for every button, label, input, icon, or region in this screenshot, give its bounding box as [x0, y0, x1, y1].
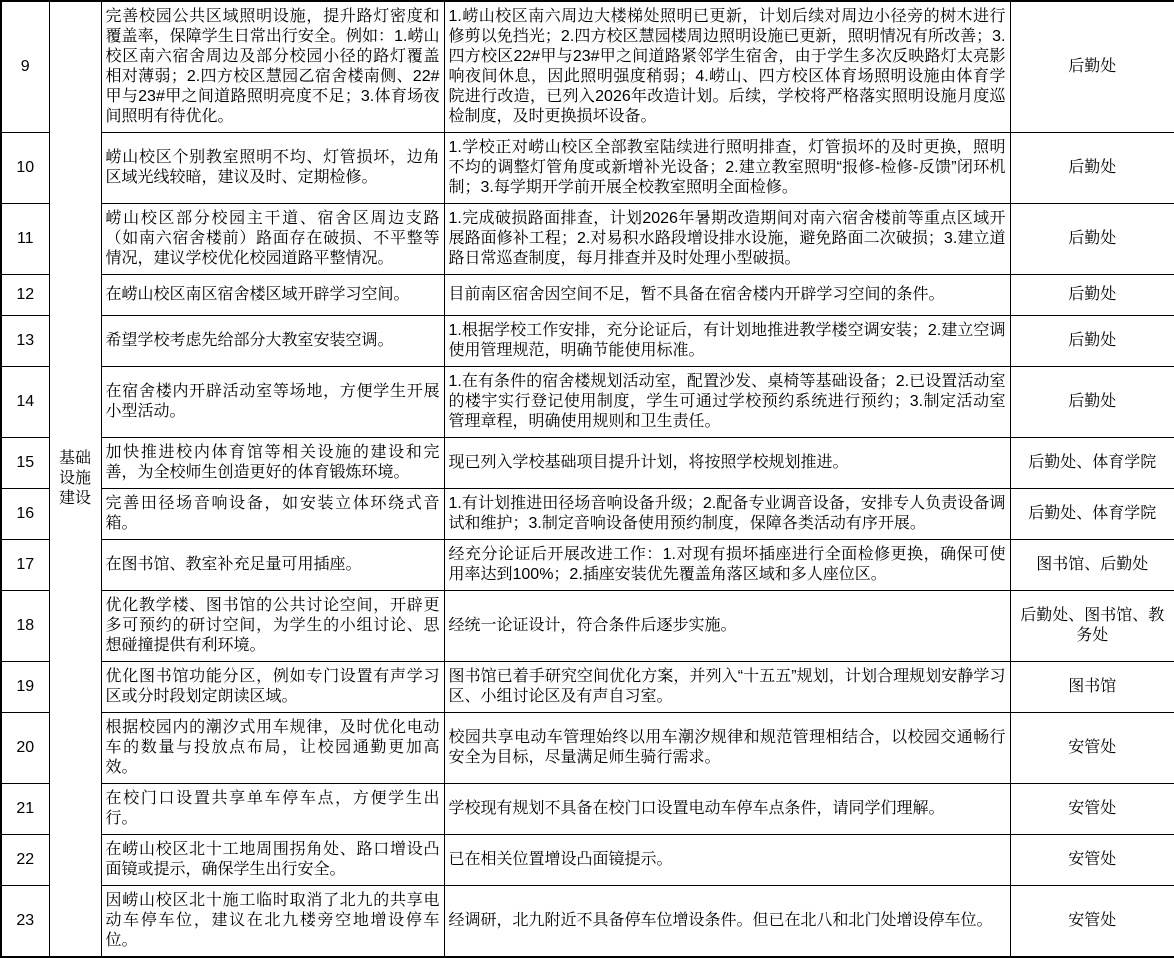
row-number-cell: 9: [1, 1, 49, 133]
department-cell: 后勤处: [1010, 204, 1174, 275]
table-row: 23因崂山校区北十施工临时取消了北九的共享电动车停车位，建议在北九楼旁空地增设停…: [1, 886, 1174, 958]
department-cell: 后勤处: [1010, 316, 1174, 367]
suggestion-cell: 崂山校区个别教室照明不均、灯管损坏，边角区域光线较暗，建议及时、定期检修。: [101, 133, 444, 204]
department-cell: 后勤处: [1010, 367, 1174, 438]
response-cell: 1.完成破损路面排查，计划2026年暑期改造期间对南六宿舍楼前等重点区域开展路面…: [444, 204, 1010, 275]
suggestion-cell: 在图书馆、教室补充足量可用插座。: [101, 540, 444, 591]
department-cell: 后勤处、体育学院: [1010, 489, 1174, 540]
table-row: 22在崂山校区北十工地周围拐角处、路口增设凸面镜或提示，确保学生出行安全。已在相…: [1, 835, 1174, 886]
response-cell: 经充分论证后开展改进工作：1.对现有损坏插座进行全面检修更换，确保可使用率达到1…: [444, 540, 1010, 591]
response-cell: 1.有计划推进田径场音响设备升级；2.配备专业调音设备，安排专人负责设备调试和维…: [444, 489, 1010, 540]
table-row: 13希望学校考虑先给部分大教室安装空调。1.根据学校工作安排，充分论证后，有计划…: [1, 316, 1174, 367]
table-row: 14在宿舍楼内开辟活动室等场地，方便学生开展小型活动。1.在有条件的宿舍楼规划活…: [1, 367, 1174, 438]
department-cell: 后勤处、图书馆、教务处: [1010, 591, 1174, 662]
response-cell: 目前南区宿舍因空间不足，暂不具备在宿舍楼内开辟学习空间的条件。: [444, 275, 1010, 316]
department-cell: 后勤处: [1010, 1, 1174, 133]
row-number-cell: 21: [1, 784, 49, 835]
response-cell: 图书馆已着手研究空间优化方案，并列入“十五五”规划，计划合理规划安静学习区、小组…: [444, 662, 1010, 713]
row-number-cell: 23: [1, 886, 49, 958]
row-number-cell: 11: [1, 204, 49, 275]
response-cell: 已在相关位置增设凸面镜提示。: [444, 835, 1010, 886]
row-number-cell: 20: [1, 713, 49, 784]
table-row: 16完善田径场音响设备，如安装立体环绕式音箱。1.有计划推进田径场音响设备升级；…: [1, 489, 1174, 540]
suggestion-cell: 根据校园内的潮汐式用车规律，及时优化电动车的数量与投放点布局，让校园通勤更加高效…: [101, 713, 444, 784]
department-cell: 安管处: [1010, 713, 1174, 784]
department-cell: 图书馆: [1010, 662, 1174, 713]
department-cell: 后勤处、体育学院: [1010, 438, 1174, 489]
row-number-cell: 13: [1, 316, 49, 367]
suggestion-cell: 在崂山校区北十工地周围拐角处、路口增设凸面镜或提示，确保学生出行安全。: [101, 835, 444, 886]
department-cell: 安管处: [1010, 886, 1174, 958]
row-number-cell: 22: [1, 835, 49, 886]
table-row: 15加快推进校内体育馆等相关设施的建设和完善，为全校师生创造更好的体育锻炼环境。…: [1, 438, 1174, 489]
suggestion-cell: 在崂山校区南区宿舍楼区域开辟学习空间。: [101, 275, 444, 316]
feedback-table-body: 9基础设施建设完善校园公共区域照明设施，提升路灯密度和覆盖率，保障学生日常出行安…: [1, 1, 1174, 957]
row-number-cell: 15: [1, 438, 49, 489]
table-row: 11崂山校区部分校园主干道、宿舍区周边支路（如南六宿舍楼前）路面存在破损、不平整…: [1, 204, 1174, 275]
suggestion-cell: 崂山校区部分校园主干道、宿舍区周边支路（如南六宿舍楼前）路面存在破损、不平整等情…: [101, 204, 444, 275]
suggestion-cell: 在宿舍楼内开辟活动室等场地，方便学生开展小型活动。: [101, 367, 444, 438]
row-number-cell: 10: [1, 133, 49, 204]
suggestion-cell: 完善校园公共区域照明设施，提升路灯密度和覆盖率，保障学生日常出行安全。例如：1.…: [101, 1, 444, 133]
feedback-table: 9基础设施建设完善校园公共区域照明设施，提升路灯密度和覆盖率，保障学生日常出行安…: [0, 0, 1174, 958]
row-number-cell: 19: [1, 662, 49, 713]
response-cell: 经统一论证设计，符合条件后逐步实施。: [444, 591, 1010, 662]
response-cell: 校园共享电动车管理始终以用车潮汐规律和规范管理相结合，以校园交通畅行安全为目标，…: [444, 713, 1010, 784]
suggestion-cell: 优化教学楼、图书馆的公共讨论空间，开辟更多可预约的研讨空间，为学生的小组讨论、思…: [101, 591, 444, 662]
category-cell: 基础设施建设: [49, 1, 101, 957]
response-cell: 1.在有条件的宿舍楼规划活动室，配置沙发、桌椅等基础设备；2.已设置活动室的楼宇…: [444, 367, 1010, 438]
suggestion-cell: 在校门口设置共享单车停车点，方便学生出行。: [101, 784, 444, 835]
table-row: 20根据校园内的潮汐式用车规律，及时优化电动车的数量与投放点布局，让校园通勤更加…: [1, 713, 1174, 784]
row-number-cell: 18: [1, 591, 49, 662]
suggestion-cell: 因崂山校区北十施工临时取消了北九的共享电动车停车位，建议在北九楼旁空地增设停车位…: [101, 886, 444, 958]
row-number-cell: 12: [1, 275, 49, 316]
row-number-cell: 14: [1, 367, 49, 438]
suggestion-cell: 希望学校考虑先给部分大教室安装空调。: [101, 316, 444, 367]
suggestion-cell: 加快推进校内体育馆等相关设施的建设和完善，为全校师生创造更好的体育锻炼环境。: [101, 438, 444, 489]
department-cell: 安管处: [1010, 835, 1174, 886]
response-cell: 经调研，北九附近不具备停车位增设条件。但已在北八和北门处增设停车位。: [444, 886, 1010, 958]
response-cell: 1.根据学校工作安排，充分论证后，有计划地推进教学楼空调安装；2.建立空调使用管…: [444, 316, 1010, 367]
table-row: 12在崂山校区南区宿舍楼区域开辟学习空间。目前南区宿舍因空间不足，暂不具备在宿舍…: [1, 275, 1174, 316]
suggestion-cell: 完善田径场音响设备，如安装立体环绕式音箱。: [101, 489, 444, 540]
table-row: 21在校门口设置共享单车停车点，方便学生出行。学校现有规划不具备在校门口设置电动…: [1, 784, 1174, 835]
row-number-cell: 17: [1, 540, 49, 591]
row-number-cell: 16: [1, 489, 49, 540]
department-cell: 后勤处: [1010, 275, 1174, 316]
table-row: 19优化图书馆功能分区，例如专门设置有声学习区或分时段划定朗读区域。图书馆已着手…: [1, 662, 1174, 713]
response-cell: 学校现有规划不具备在校门口设置电动车停车点条件，请同学们理解。: [444, 784, 1010, 835]
suggestion-cell: 优化图书馆功能分区，例如专门设置有声学习区或分时段划定朗读区域。: [101, 662, 444, 713]
table-row: 10崂山校区个别教室照明不均、灯管损坏，边角区域光线较暗，建议及时、定期检修。1…: [1, 133, 1174, 204]
response-cell: 1.崂山校区南六周边大楼梯处照明已更新，计划后续对周边小径旁的树木进行修剪以免挡…: [444, 1, 1010, 133]
response-cell: 现已列入学校基础项目提升计划，将按照学校规划推进。: [444, 438, 1010, 489]
table-row: 17在图书馆、教室补充足量可用插座。经充分论证后开展改进工作：1.对现有损坏插座…: [1, 540, 1174, 591]
response-cell: 1.学校正对崂山校区全部教室陆续进行照明排查，灯管损坏的及时更换，照明不均的调整…: [444, 133, 1010, 204]
department-cell: 安管处: [1010, 784, 1174, 835]
table-row: 9基础设施建设完善校园公共区域照明设施，提升路灯密度和覆盖率，保障学生日常出行安…: [1, 1, 1174, 133]
department-cell: 图书馆、后勤处: [1010, 540, 1174, 591]
department-cell: 后勤处: [1010, 133, 1174, 204]
table-row: 18优化教学楼、图书馆的公共讨论空间，开辟更多可预约的研讨空间，为学生的小组讨论…: [1, 591, 1174, 662]
